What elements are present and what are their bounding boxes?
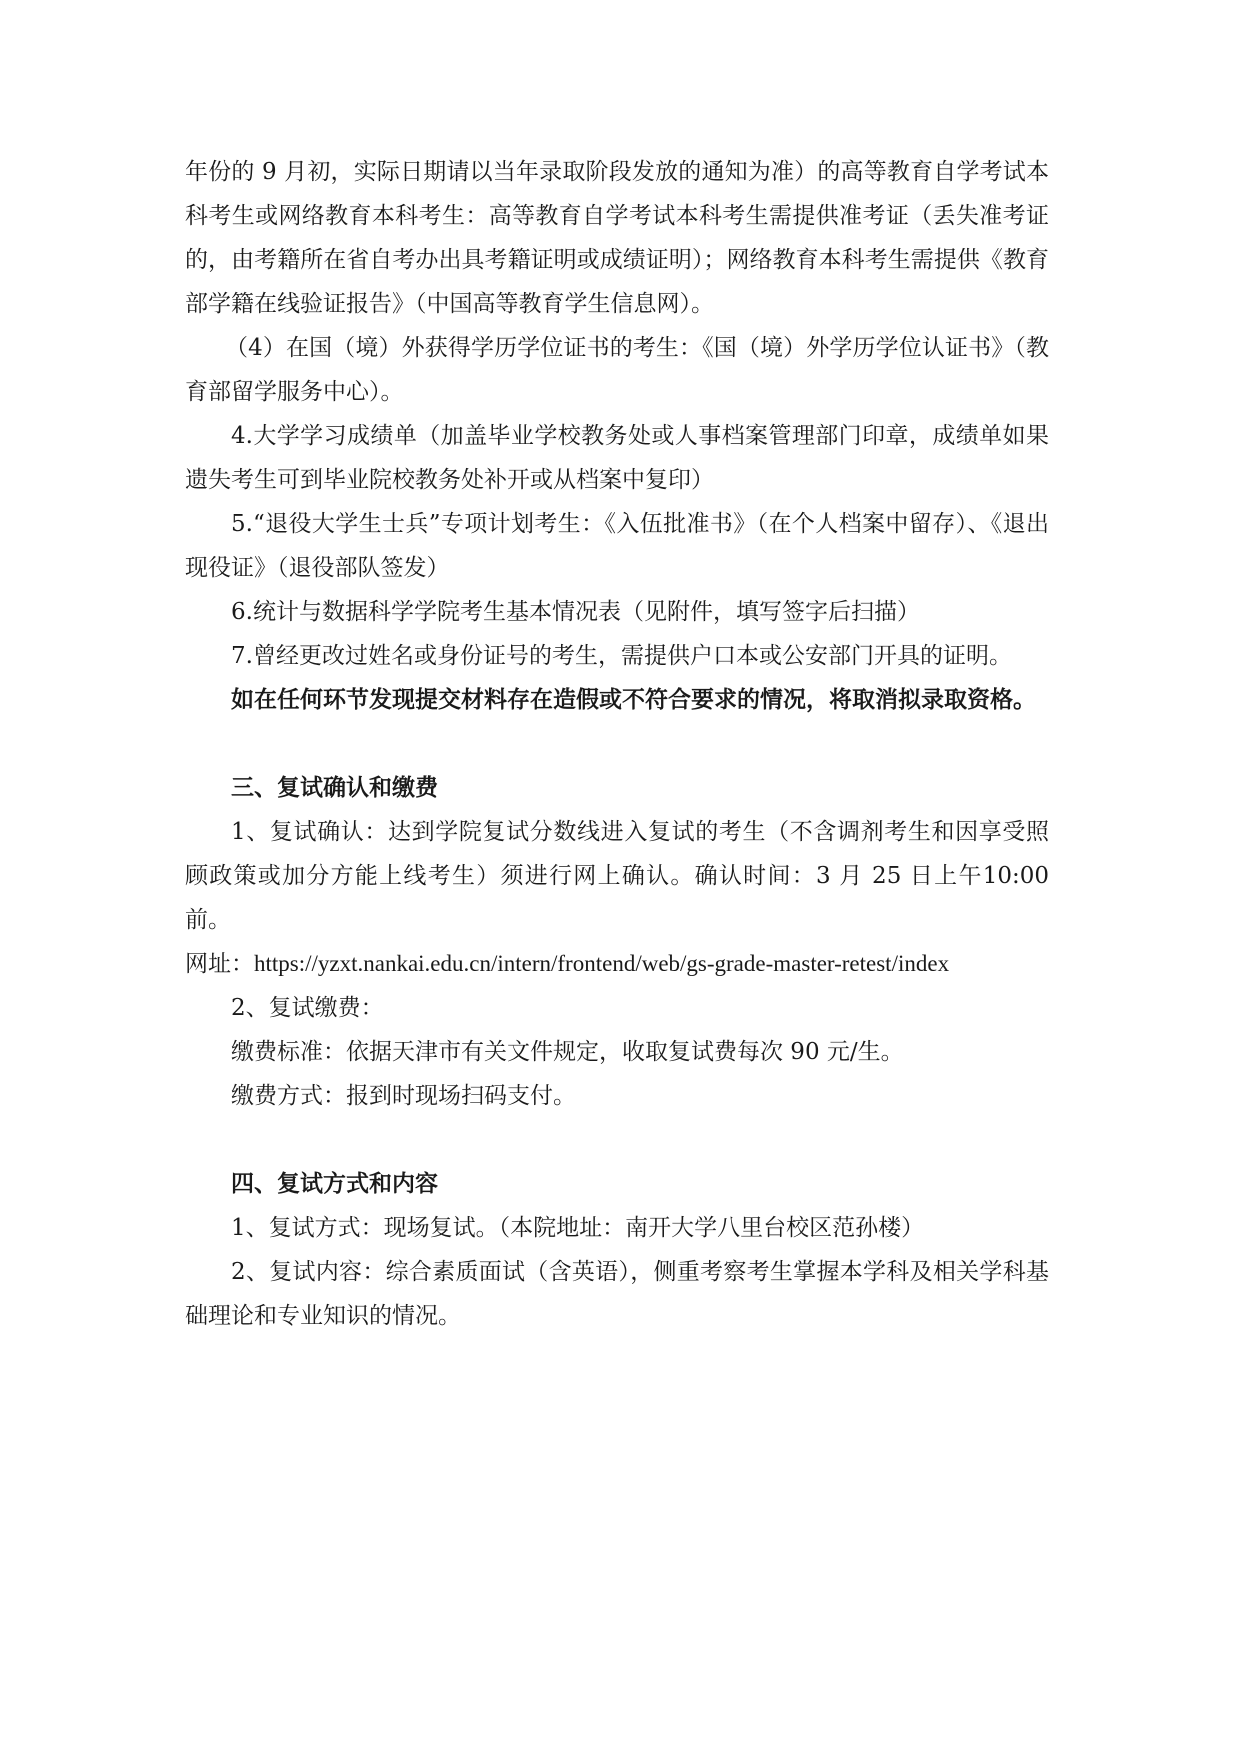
url-line: 网址：https://yzxt.nankai.edu.cn/intern/fro… xyxy=(185,942,1049,986)
item-6-basic-info-form: 6.统计与数据科学学院考生基本情况表（见附件，填写签字后扫描） xyxy=(185,590,1049,634)
item-5-veteran-students: 5.“退役大学生士兵”专项计划考生：《入伍批准书》（在个人档案中留存）、《退出现… xyxy=(185,502,1049,590)
section-spacer xyxy=(185,722,1049,766)
fee-standard: 缴费标准：依据天津市有关文件规定，收取复试费每次 90 元/生。 xyxy=(185,1030,1049,1074)
section-3-heading: 三、复试确认和缴费 xyxy=(185,766,1049,810)
item-3-4-overseas-degree: （4）在国（境）外获得学历学位证书的考生：《国（境）外学历学位认证书》（教育部留… xyxy=(185,326,1049,414)
confirmation-url-link[interactable]: https://yzxt.nankai.edu.cn/intern/fronte… xyxy=(254,951,949,976)
retest-content: 2、复试内容：综合素质面试（含英语），侧重考察考生掌握本学科及相关学科基础理论和… xyxy=(185,1250,1049,1338)
retest-method: 1、复试方式：现场复试。（本院地址：南开大学八里台校区范孙楼） xyxy=(185,1206,1049,1250)
item-4-transcript: 4.大学学习成绩单（加盖毕业学校教务处或人事档案管理部门印章，成绩单如果遗失考生… xyxy=(185,414,1049,502)
fee-heading: 2、复试缴费： xyxy=(185,986,1049,1030)
continuation-paragraph: 年份的 9 月初，实际日期请以当年录取阶段发放的通知为准）的高等教育自学考试本科… xyxy=(185,150,1049,326)
fraud-warning: 如在任何环节发现提交材料存在造假或不符合要求的情况，将取消拟录取资格。 xyxy=(185,678,1049,722)
retest-confirmation: 1、复试确认：达到学院复试分数线进入复试的考生（不含调剂考生和因享受照顾政策或加… xyxy=(185,810,1049,942)
item-7-name-id-change: 7.曾经更改过姓名或身份证号的考生，需提供户口本或公安部门开具的证明。 xyxy=(185,634,1049,678)
fee-method: 缴费方式：报到时现场扫码支付。 xyxy=(185,1074,1049,1118)
url-label: 网址： xyxy=(185,951,254,977)
document-page: 年份的 9 月初，实际日期请以当年录取阶段发放的通知为准）的高等教育自学考试本科… xyxy=(185,150,1049,1338)
section-4-heading: 四、复试方式和内容 xyxy=(185,1162,1049,1206)
section-spacer xyxy=(185,1118,1049,1162)
